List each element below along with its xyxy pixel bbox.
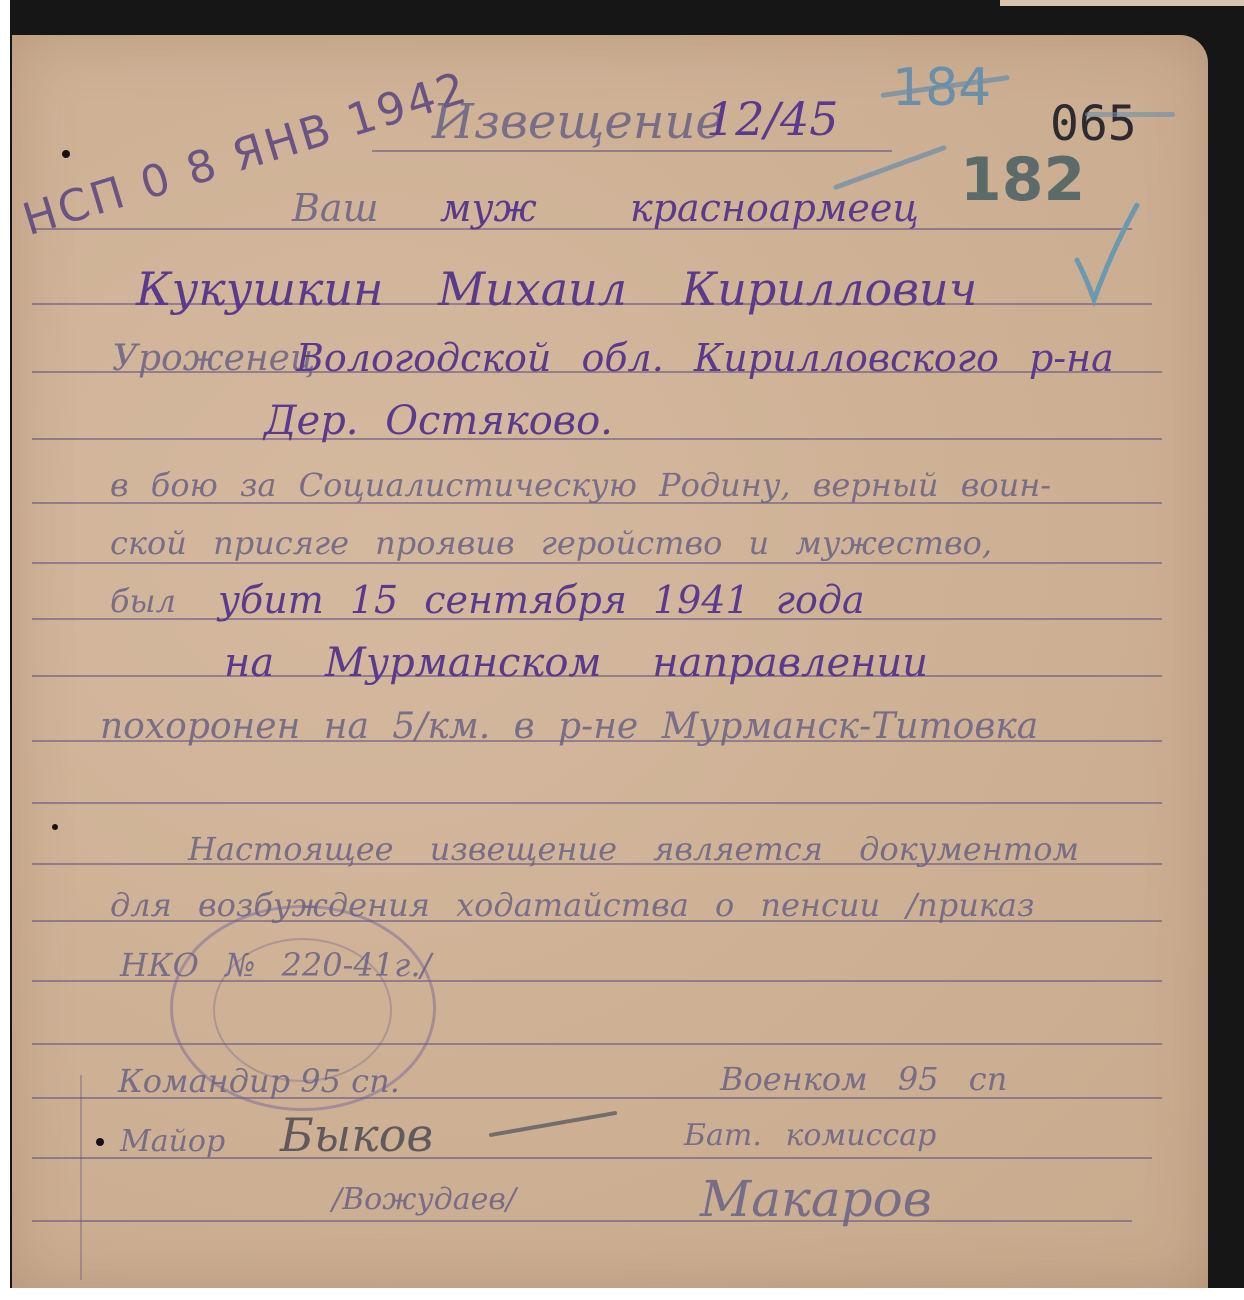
paper-strip-top <box>1000 0 1244 6</box>
notice-number: 12/45 <box>706 92 839 146</box>
commander-signature: Быков <box>280 1108 433 1162</box>
birthplace-village: Дер. Остяково. <box>264 398 613 444</box>
ruled-line <box>32 802 1162 804</box>
strikethrough-mark <box>1085 112 1175 117</box>
left-margin-line <box>80 1075 82 1280</box>
burial-place: похоронен на 5/км. в р-не Мурманск-Титов… <box>100 706 1038 747</box>
ruled-line <box>32 228 1132 230</box>
commander-name: /Вожудаев/ <box>332 1182 516 1217</box>
birthplace-region: Вологодской обл. Кирилловского р-на <box>296 336 1114 380</box>
sheet-number: 065 <box>1050 96 1137 152</box>
commissar-rank: Бат. комиссар <box>684 1118 936 1153</box>
pension-note-line-2: для возбуждения ходатайства о пенсии /пр… <box>110 886 1034 924</box>
date-of-death: убит 15 сентября 1941 года <box>218 578 865 622</box>
commander-rank: Майор <box>120 1124 225 1159</box>
punch-hole <box>62 150 70 158</box>
salutation-husband: муж <box>440 186 537 230</box>
pension-note-line-3: НКО № 220-41г./ <box>120 946 431 984</box>
soldier-full-name: Кукушкин Михаил Кириллович <box>136 262 977 316</box>
check-mark-icon <box>1072 200 1142 310</box>
ruled-line <box>32 1220 1132 1222</box>
punch-hole <box>52 824 58 830</box>
punch-hole <box>96 1138 104 1146</box>
commissar-signature: Макаров <box>700 1170 932 1228</box>
citation-line-2: ской присяге проявив геройство и мужеств… <box>110 524 992 562</box>
pension-note-line-1: Настоящее извещение является документом <box>188 830 1079 868</box>
ruled-line <box>372 150 892 152</box>
native-label: Уроженец <box>112 338 315 379</box>
citation-line-1: в бою за Социалистическую Родину, верный… <box>110 466 1051 504</box>
salutation-your: Ваш <box>292 186 379 230</box>
killed-prefix: был <box>110 582 176 620</box>
commander-title: Командир 95 сп. <box>118 1062 400 1100</box>
commissar-title: Военком 95 сп <box>720 1060 1007 1098</box>
document-title: Извещение <box>432 94 724 150</box>
salutation-rank: красноармеец <box>630 186 919 230</box>
archive-number: 182 <box>960 145 1085 215</box>
ruled-line <box>32 562 1162 564</box>
front-direction: на Мурманском направлении <box>224 640 928 686</box>
